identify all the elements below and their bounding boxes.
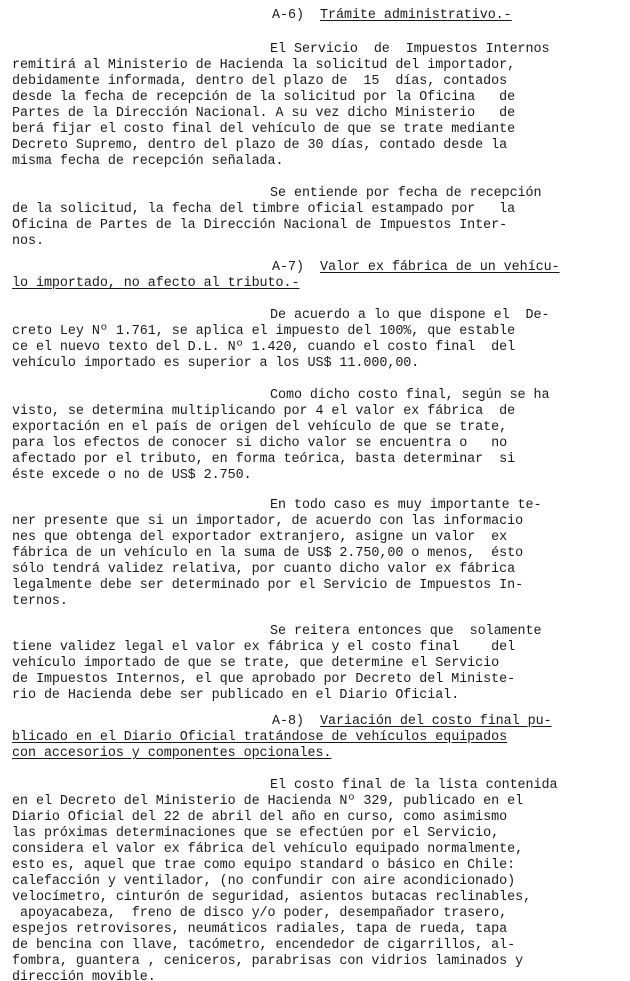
paragraph-line: Se reitera entonces que solamente [270,624,542,640]
paragraph-line: apoyacabeza, freno de disco y/o poder, d… [12,906,507,922]
paragraph-line: exportación en el país de origen del veh… [12,420,507,436]
section-number: A-6) [272,8,304,24]
section-heading-continued: con accesorios y componentes opcionales. [12,746,331,762]
section-heading: Valor ex fábrica de un vehícu- [320,260,560,276]
paragraph-line: Decreto Supremo, dentro del plazo de 30 … [12,138,507,154]
paragraph-line: fombra, guantera , ceniceros, parabrisas… [12,954,523,970]
paragraph-line: considera el valor ex fábrica del vehícu… [12,842,523,858]
section-number: A-7) [272,260,304,276]
paragraph-line: Como dicho costo final, según se ha [270,388,550,404]
paragraph-line: vehículo importado es superior a los US$… [12,356,419,372]
section-heading-continued: blicado en el Diario Oficial tratándose … [12,730,507,746]
paragraph-line: espejos retrovisores, neumáticos radiale… [12,922,507,938]
paragraph-line: de bencina con llave, tacómetro, encende… [12,938,515,954]
paragraph-line: fábrica de un vehículo en la suma de US$… [12,546,523,562]
paragraph-line: ternos. [12,594,68,610]
paragraph-line: calefacción y ventilador, (no confundir … [12,874,515,890]
paragraph-line: sólo tendrá validez relativa, por cuanto… [12,562,515,578]
paragraph-line: Se entiende por fecha de recepción [270,186,542,202]
paragraph-line: de Impuestos Internos, el que aprobado p… [12,672,515,688]
paragraph-line: De acuerdo a lo que dispone el De- [270,308,550,324]
paragraph-line: nos. [12,234,44,250]
paragraph-line: berá fijar el costo final del vehículo d… [12,122,515,138]
section-heading: Trámite administrativo.- [320,8,512,24]
section-number: A-8) [272,714,304,730]
paragraph-line: El Servicio de Impuestos Internos [270,42,550,58]
paragraph-line: Partes de la Dirección Nacional. A su ve… [12,106,515,122]
paragraph-line: para los efectos de conocer si dicho val… [12,436,507,452]
paragraph-line: ce el nuevo texto del D.L. Nº 1.420, cua… [12,340,515,356]
paragraph-line: éste excede o no de US$ 2.750. [12,468,252,484]
paragraph-line: en el Decreto del Ministerio de Hacienda… [12,794,523,810]
paragraph-line: desde la fecha de recepción de la solici… [12,90,515,106]
paragraph-line: El costo final de la lista contenida [270,778,558,794]
paragraph-line: Oficina de Partes de la Dirección Nacion… [12,218,507,234]
paragraph-line: de la solicitud, la fecha del timbre ofi… [12,202,515,218]
section-heading: Variación del costo final pu- [320,714,552,730]
section-heading-continued: lo importado, no afecto al tributo.- [12,276,300,292]
document-page: A-6)Trámite administrativo.-El Servicio … [0,0,630,981]
paragraph-line: creto Ley Nº 1.761, se aplica el impuest… [12,324,515,340]
paragraph-line: vehículo importado de que se trate, que … [12,656,499,672]
paragraph-line: remitirá al Ministerio de Hacienda la so… [12,58,515,74]
paragraph-line: misma fecha de recepción señalada. [12,154,284,170]
paragraph-line: En todo caso es muy importante te- [270,498,542,514]
paragraph-line: velocímetro, cinturón de seguridad, asie… [12,890,531,906]
paragraph-line: dirección movible. [12,970,156,981]
paragraph-line: afectado por el tributo, en forma teóric… [12,452,515,468]
paragraph-line: ner presente que si un importador, de ac… [12,514,523,530]
paragraph-line: debidamente informada, dentro del plazo … [12,74,507,90]
paragraph-line: legalmente debe ser determinado por el S… [12,578,523,594]
paragraph-line: visto, se determina multiplicando por 4 … [12,404,515,420]
paragraph-line: nes que obtenga del exportador extranjer… [12,530,507,546]
paragraph-line: esto es, aquel que trae como equipo stan… [12,858,515,874]
paragraph-line: tiene validez legal el valor ex fábrica … [12,640,515,656]
paragraph-line: Diario Oficial del 22 de abril del año e… [12,810,507,826]
paragraph-line: las próximas determinaciones que se efec… [12,826,499,842]
paragraph-line: rio de Hacienda debe ser publicado en el… [12,688,459,704]
